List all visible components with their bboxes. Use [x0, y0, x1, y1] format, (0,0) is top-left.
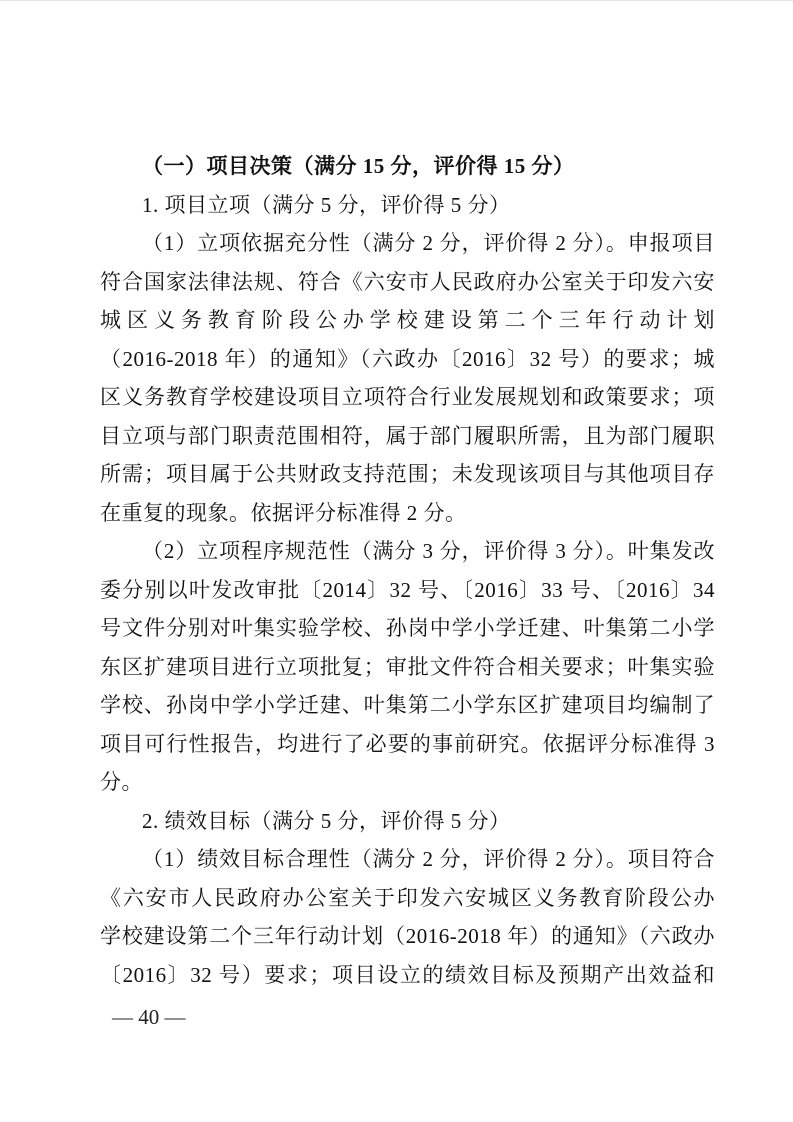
heading-project-initiation: 1. 项目立项（满分 5 分，评价得 5 分） [100, 186, 715, 225]
text-line: （2016-2018 年）的通知》（六政办〔2016〕32 号）的要求；城 [100, 340, 715, 379]
text-line: 《六安市人民政府办公室关于印发六安城区义务教育阶段公办 [100, 879, 715, 918]
text-line: 目立项与部门职责范围相符，属于部门履职所需，且为部门履职 [100, 417, 715, 456]
page-number: — 40 — [112, 1003, 186, 1031]
text-line: 在重复的现象。依据评分标准得 2 分。 [100, 494, 715, 533]
text-line: 〔2016〕32 号）要求；项目设立的绩效目标及预期产出效益和 [100, 956, 715, 995]
heading-performance-goal: 2. 绩效目标（满分 5 分，评价得 5 分） [100, 802, 715, 841]
text-line: 号文件分别对叶集实验学校、孙岗中学小学迁建、叶集第二小学 [100, 609, 715, 648]
document-content: （一）项目决策（满分 15 分，评价得 15 分）1. 项目立项（满分 5 分，… [100, 147, 715, 994]
text-line: 项目可行性报告，均进行了必要的事前研究。依据评分标准得 3 [100, 725, 715, 764]
document-page: （一）项目决策（满分 15 分，评价得 15 分）1. 项目立项（满分 5 分，… [0, 0, 793, 1122]
text-line: 城区义务教育阶段公办学校建设第二个三年行动计划 [100, 301, 715, 340]
text-line: （1）绩效目标合理性（满分 2 分，评价得 2 分）。项目符合 [100, 840, 715, 879]
heading-project-decision: （一）项目决策（满分 15 分，评价得 15 分） [100, 147, 715, 186]
text-line: 区义务教育学校建设项目立项符合行业发展规划和政策要求；项 [100, 378, 715, 417]
text-line: （2）立项程序规范性（满分 3 分，评价得 3 分）。叶集发改 [100, 532, 715, 571]
text-line: （一）项目决策（满分 15 分，评价得 15 分） [100, 147, 715, 186]
text-line: 东区扩建项目进行立项批复；审批文件符合相关要求；叶集实验 [100, 648, 715, 687]
text-line: 2. 绩效目标（满分 5 分，评价得 5 分） [100, 802, 715, 841]
text-line: 1. 项目立项（满分 5 分，评价得 5 分） [100, 186, 715, 225]
para-goal-reasonableness: （1）绩效目标合理性（满分 2 分，评价得 2 分）。项目符合《六安市人民政府办… [100, 840, 715, 994]
text-line: 委分别以叶发改审批〔2014〕32 号、〔2016〕33 号、〔2016〕34 [100, 571, 715, 610]
para-initiation-procedure-standardization: （2）立项程序规范性（满分 3 分，评价得 3 分）。叶集发改委分别以叶发改审批… [100, 532, 715, 802]
text-line: 学校建设第二个三年行动计划（2016-2018 年）的通知》（六政办 [100, 917, 715, 956]
text-line: 符合国家法律法规、符合《六安市人民政府办公室关于印发六安 [100, 263, 715, 302]
text-line: （1）立项依据充分性（满分 2 分，评价得 2 分）。申报项目 [100, 224, 715, 263]
text-line: 分。 [100, 763, 715, 802]
text-line: 学校、孙岗中学小学迁建、叶集第二小学东区扩建项目均编制了 [100, 686, 715, 725]
para-initiation-basis-sufficiency: （1）立项依据充分性（满分 2 分，评价得 2 分）。申报项目符合国家法律法规、… [100, 224, 715, 532]
text-line: 所需；项目属于公共财政支持范围；未发现该项目与其他项目存 [100, 455, 715, 494]
